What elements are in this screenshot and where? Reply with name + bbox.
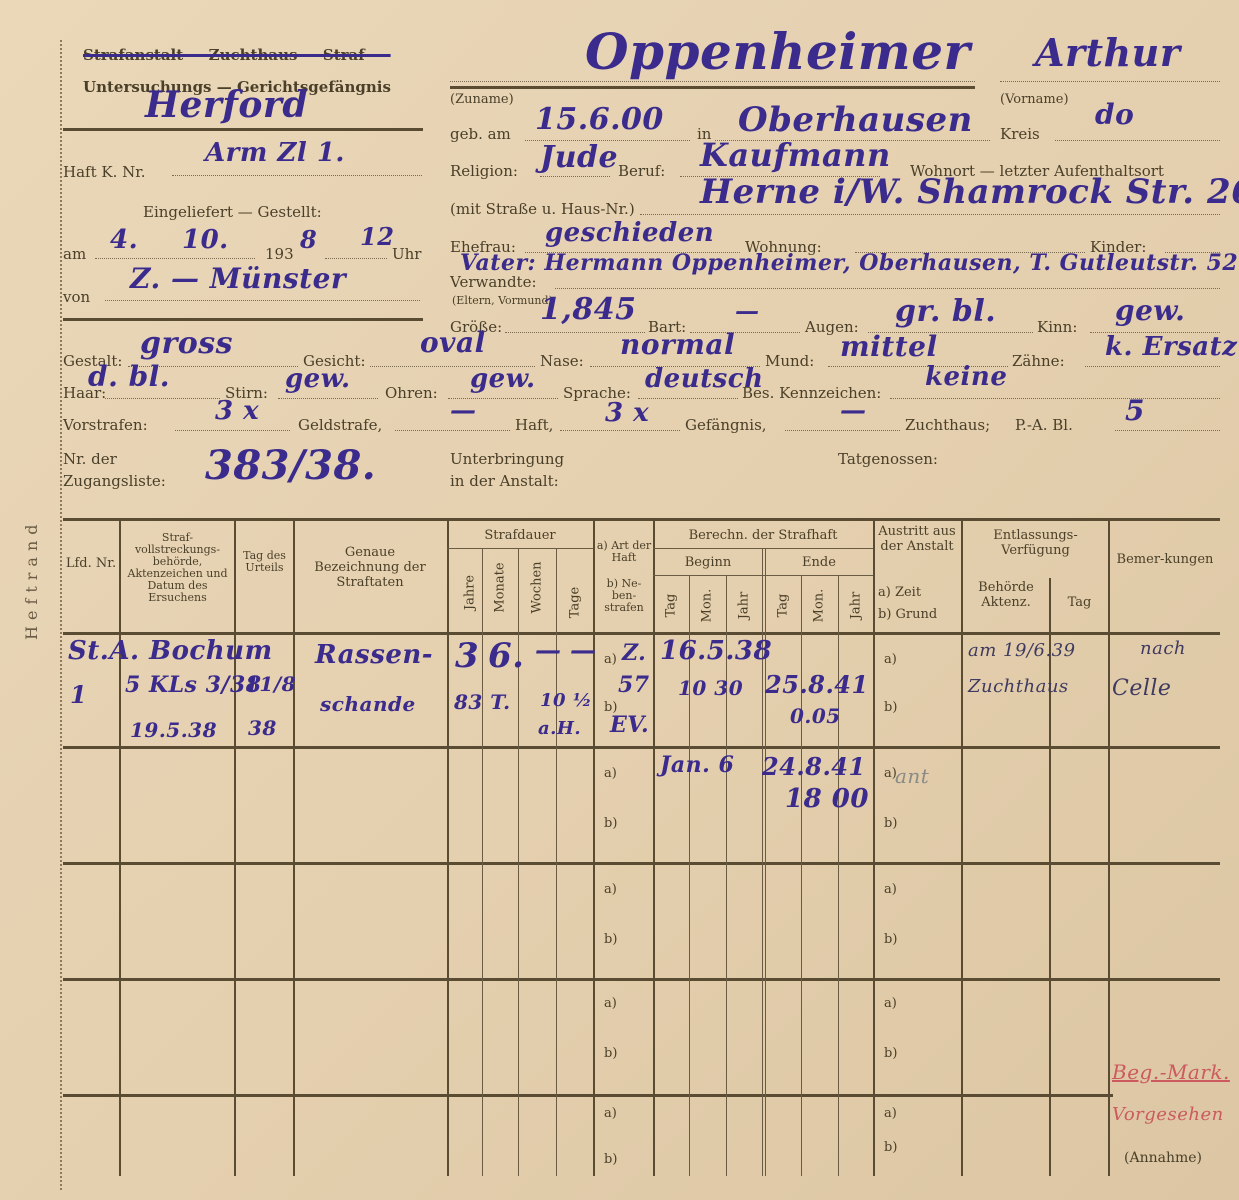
dotted-line <box>638 398 738 399</box>
year-prefix: 193 <box>265 245 294 263</box>
dotted-line <box>785 430 900 431</box>
row1-ende-time: 0.05 <box>790 704 841 728</box>
row4-austritt-b: b) <box>884 1046 897 1061</box>
dotted-line <box>1085 366 1220 367</box>
header-bemerkungen: Bemer-kungen <box>1110 552 1220 567</box>
header-zeit: a) Zeit <box>878 585 921 600</box>
dotted-line <box>555 288 1220 289</box>
header-nebenstrafen: b) Ne-ben-strafen <box>595 578 653 614</box>
row1-ende: 25.8.41 <box>765 670 869 699</box>
zaehne-value: k. Ersatz <box>1105 332 1237 362</box>
row1-austritt-a: a) <box>884 652 897 667</box>
header-entl-tag: Tag <box>1051 595 1108 610</box>
subheader-line <box>653 575 873 576</box>
header-ende-tag: Tag <box>776 581 791 631</box>
row3-a-label: a) <box>604 882 617 897</box>
zugangsliste-value: 383/38. <box>205 442 376 489</box>
table-header-border <box>63 632 1220 635</box>
col-line <box>801 575 802 1176</box>
header-monate: Monate <box>493 558 508 618</box>
kennzeichen-value: keine <box>925 362 1007 392</box>
ohren-label: Ohren: <box>385 384 438 402</box>
col-line <box>447 518 449 1176</box>
row4-a-label: a) <box>604 996 617 1011</box>
col-line <box>653 518 655 1176</box>
header-jahre: Jahre <box>463 563 478 623</box>
groesse-value: 1,845 <box>540 292 636 327</box>
row3-b-label: b) <box>604 932 617 947</box>
row2-austritt-pencil: ant <box>895 764 929 788</box>
am-month: 10. <box>182 225 229 255</box>
header-wochen: Wochen <box>530 558 545 618</box>
header-strafdauer: Strafdauer <box>447 528 593 543</box>
uhr-label: Uhr <box>392 245 421 263</box>
row5-a-label: a) <box>604 1106 617 1121</box>
dotted-line <box>325 258 387 259</box>
ohren-value: gew. <box>470 364 536 394</box>
header-art-haft: a) Art der Haft <box>595 540 653 564</box>
row1-austritt-b: b) <box>884 700 897 715</box>
gesicht-value: oval <box>420 326 486 359</box>
col-line <box>234 518 236 1176</box>
geldstrafe-value: — <box>450 396 477 426</box>
col-line <box>838 575 839 1176</box>
divider <box>63 318 423 321</box>
am-day: 4. <box>110 225 138 255</box>
nase-label: Nase: <box>540 352 584 370</box>
religion-label: Religion: <box>450 162 518 180</box>
row3-austritt-a: a) <box>884 882 897 897</box>
haft-value: 3 x <box>605 398 649 428</box>
street-label: (mit Straße u. Haus-Nr.) <box>450 200 635 218</box>
dotted-line <box>395 430 510 431</box>
prison-record-card: Heftrand Strafanstalt — Zuchthaus — Stra… <box>0 0 1239 1200</box>
row1-bemerkungen-1: nach <box>1140 638 1186 659</box>
surname-label: (Zuname) <box>450 92 514 107</box>
kreis-label: Kreis <box>1000 125 1040 143</box>
row1-art-haft-2: 57 <box>618 672 650 698</box>
row2-b-label: b) <box>604 816 617 831</box>
firstname-label: (Vorname) <box>1000 92 1069 107</box>
pa-bl-value: 5 <box>1125 394 1145 427</box>
row1-wochen: — <box>535 636 562 666</box>
row1-jahre: 3 <box>455 636 479 676</box>
von-label: von <box>63 288 90 306</box>
haft-k-nr-value: Arm Zl 1. <box>205 138 345 168</box>
header-grund: b) Grund <box>878 607 937 622</box>
institution-name: Herford <box>145 84 308 126</box>
header-lfd-nr: Lfd. Nr. <box>63 556 119 571</box>
row1-tag-urteil-2: 38 <box>248 716 277 740</box>
surname-value: Oppenheimer <box>585 22 970 81</box>
row-divider <box>63 862 1220 865</box>
red-note-2: Vorgesehen <box>1112 1104 1224 1125</box>
header-beginn: Beginn <box>653 555 763 570</box>
religion-value: Jude <box>540 140 618 175</box>
header-berechnung: Berechn. der Strafhaft <box>653 528 873 543</box>
zugangsliste-label-1: Nr. der <box>63 450 117 468</box>
dotted-line <box>175 430 290 431</box>
header-beginn-jahr: Jahr <box>737 581 752 631</box>
dotted-line <box>95 258 255 259</box>
row3-austritt-b: b) <box>884 932 897 947</box>
subheader-line <box>447 548 593 549</box>
haar-value: d. bl. <box>88 360 170 393</box>
nase-value: normal <box>620 328 735 361</box>
row1-nebenstrafen: EV. <box>610 712 649 738</box>
row2-ende-time: 18 00 <box>785 784 869 814</box>
row1-beginn-time: 10 30 <box>678 676 743 700</box>
header-ende-jahr: Jahr <box>849 581 864 631</box>
vorstrafen-label: Vorstrafen: <box>63 416 148 434</box>
dotted-line <box>105 300 420 301</box>
born-value: 15.6.00 <box>535 102 664 137</box>
zaehne-label: Zähne: <box>1012 352 1065 370</box>
row5-austritt-b: b) <box>884 1140 897 1155</box>
haft-k-nr-label: Haft K. Nr. <box>63 163 146 181</box>
annahme-label: (Annahme) <box>1124 1150 1202 1166</box>
bart-value: — <box>735 296 760 325</box>
margin-dotted-line <box>60 40 62 1190</box>
header-behoerde-aktenz: Behörde Aktenz. <box>963 580 1049 610</box>
col-line <box>1108 518 1110 1176</box>
col-line <box>1049 578 1051 1176</box>
uhr-value: 12 <box>360 222 394 251</box>
row1-beginn: 16.5.38 <box>660 636 772 666</box>
kreis-value: do <box>1095 98 1134 131</box>
col-line <box>293 518 295 1176</box>
row1-tag-urteil-1: 11/8 <box>245 672 296 696</box>
gefaengnis-label: Gefängnis, <box>685 416 767 434</box>
header-straftaten: Genaue Bezeichnung der Straftaten <box>310 545 430 590</box>
stirn-value: gew. <box>285 364 351 394</box>
zuchthaus-label: Zuchthaus; <box>905 416 990 434</box>
pa-bl-label: P.-A. Bl. <box>1015 416 1073 434</box>
row1-behoerde-2: 5 KLs 3/38 <box>125 672 262 698</box>
header-ende-mon: Mon. <box>812 581 827 631</box>
header-austritt: Austritt aus der Anstalt <box>877 524 957 554</box>
row5-austritt-a: a) <box>884 1106 897 1121</box>
row1-strafdauer-sub-1: 83 T. <box>454 690 511 714</box>
row1-behoerde-1: St.A. Bochum <box>68 636 273 666</box>
row1-strafdauer-sub-3: a.H. <box>538 718 581 739</box>
dotted-line <box>450 81 975 82</box>
col-line <box>593 518 595 1176</box>
dotted-line <box>172 175 422 176</box>
row2-beginn: Jan. 6 <box>660 752 734 778</box>
dotted-line <box>540 176 610 177</box>
header-tag-urteil: Tag des Urteils <box>236 550 293 574</box>
subheader-line <box>653 548 873 549</box>
row-divider <box>63 746 1220 749</box>
row1-entlassung-2: Zuchthaus <box>968 676 1069 697</box>
row1-behoerde-3: 19.5.38 <box>130 718 217 742</box>
row1-lfd-nr: 1 <box>70 680 87 709</box>
dotted-line <box>1115 430 1220 431</box>
divider <box>63 128 423 131</box>
birthplace-value: Oberhausen <box>738 100 973 140</box>
unterbringung-label-2: in der Anstalt: <box>450 472 559 490</box>
institution-types: Strafanstalt — Zuchthaus — Straf- — <box>83 46 391 64</box>
born-label: geb. am <box>450 125 511 143</box>
row2-a-label: a) <box>604 766 617 781</box>
row2-austritt-b: b) <box>884 816 897 831</box>
row-divider <box>63 978 1220 981</box>
col-line <box>961 518 963 1176</box>
haft-label: Haft, <box>515 416 553 434</box>
row1-bemerkungen-2: Celle <box>1112 676 1171 701</box>
gefaengnis-value: — <box>840 396 867 426</box>
zugangsliste-label-2: Zugangsliste: <box>63 472 166 490</box>
divider <box>450 86 975 89</box>
row4-austritt-a: a) <box>884 996 897 1011</box>
row1-strafdauer-sub-2: 10 ½ <box>540 690 592 711</box>
dotted-line <box>278 398 378 399</box>
tatgenossen-label: Tatgenossen: <box>838 450 938 468</box>
col-line <box>873 518 875 1176</box>
dotted-line <box>640 214 1220 215</box>
col-line <box>119 518 121 1176</box>
firstname-value: Arthur <box>1035 30 1180 75</box>
dotted-line <box>105 398 220 399</box>
von-value: Z. — Münster <box>130 262 346 295</box>
header-behoerde: Straf-vollstreckungs-behörde, Aktenzeich… <box>121 532 234 604</box>
header-ende: Ende <box>765 555 873 570</box>
kinn-label: Kinn: <box>1037 318 1077 336</box>
red-note-1: Beg.-Mark. <box>1112 1060 1230 1084</box>
verwandte-value: Vater: Hermann Oppenheimer, Oberhausen, … <box>460 250 1238 276</box>
geldstrafe-label: Geldstrafe, <box>298 416 382 434</box>
verwandte-label: Verwandte: <box>450 273 537 291</box>
mund-value: mittel <box>840 330 938 363</box>
header-tage: Tage <box>568 573 583 633</box>
row1-straftaten-1: Rassen- <box>315 640 433 670</box>
row1-tage: — <box>570 636 597 666</box>
beruf-value: Kaufmann <box>700 136 891 174</box>
beruf-label: Beruf: <box>618 162 665 180</box>
header-entlassung: Entlassungs-Verfügung <box>963 528 1108 558</box>
table-top-border <box>63 518 1220 521</box>
dotted-line <box>560 430 680 431</box>
row1-a-label: a) <box>604 652 617 667</box>
dotted-line <box>1000 81 1220 82</box>
heftrand-label: Heftrand <box>22 520 41 640</box>
row1-art-haft: Z. <box>622 640 646 666</box>
row1-entlassung-1: am 19/6.39 <box>968 640 1076 661</box>
ehefrau-value: geschieden <box>545 218 714 248</box>
dotted-line <box>890 398 1220 399</box>
mund-label: Mund: <box>765 352 814 370</box>
header-beginn-tag: Tag <box>664 581 679 631</box>
gestalt-value: gross <box>140 326 233 361</box>
augen-value: gr. bl. <box>895 294 996 329</box>
vorstrafen-value: 3 x <box>215 396 259 426</box>
row5-b-label: b) <box>604 1152 617 1167</box>
row1-monate: 6. <box>488 636 525 676</box>
header-beginn-mon: Mon. <box>700 581 715 631</box>
row-divider <box>63 1094 1113 1097</box>
verwandte-sub: (Eltern, Vormund) <box>452 294 553 307</box>
address-value: Herne i/W. Shamrock Str. 26 I. <box>700 172 1239 212</box>
row1-straftaten-2: schande <box>320 692 416 716</box>
row2-ende: 24.8.41 <box>762 752 866 781</box>
kinn-value: gew. <box>1115 294 1185 327</box>
unterbringung-label-1: Unterbringung <box>450 450 564 468</box>
dotted-line <box>1055 140 1220 141</box>
am-label: am <box>63 245 86 263</box>
eingeliefert-label: Eingeliefert — Gestellt: <box>143 203 322 221</box>
am-year: 8 <box>300 225 317 254</box>
col-line <box>482 548 483 1176</box>
row4-b-label: b) <box>604 1046 617 1061</box>
